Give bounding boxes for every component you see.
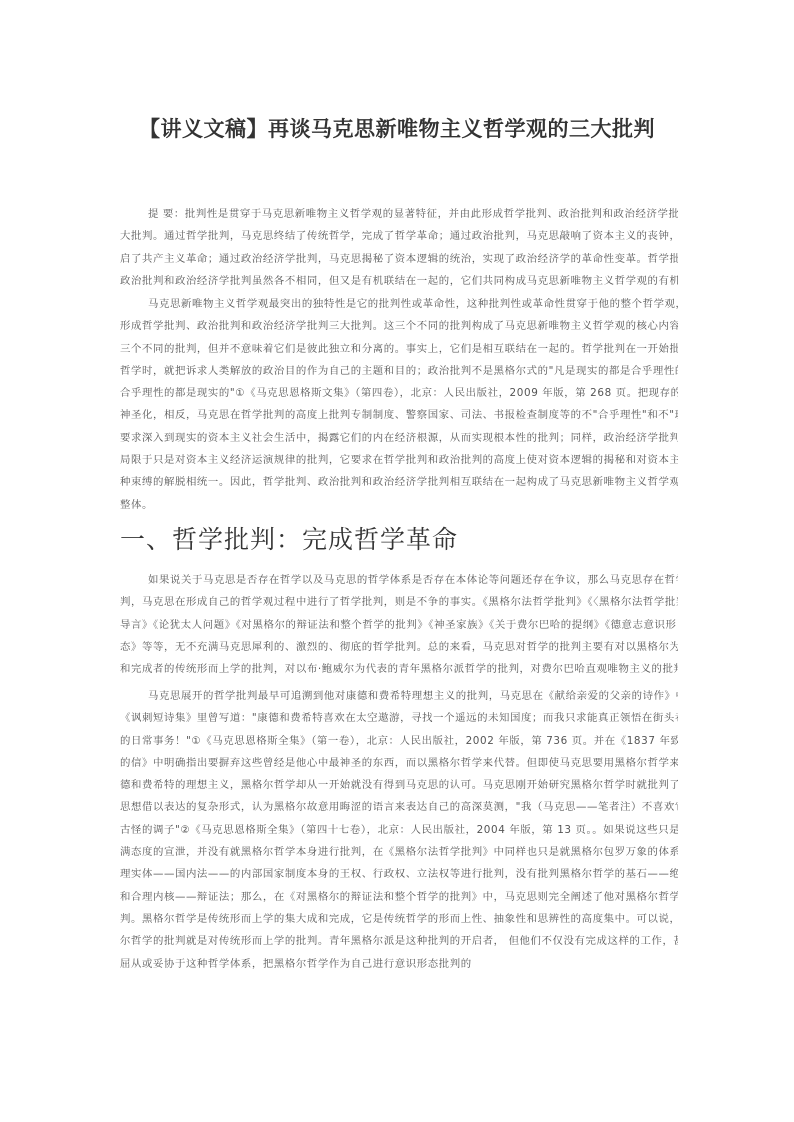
text-line: 大批判。通过哲学批判，马克思终结了传统哲学，完成了哲学革命；通过政治批判，马克思… [120, 225, 678, 247]
text-line: 满态度的宣泄，并没有就黑格尔哲学本身进行批判，在《黑格尔法哲学批判》中同样也只是… [120, 841, 678, 863]
text-line: 古怪的调子"②《马克思恩格斯全集》（第四十七卷），北京：人民出版社，2004 年… [120, 819, 678, 841]
text-line: 马克思展开的哲学批判最早可追溯到他对康德和费希特理想主义的批判，马克思在《献给亲… [120, 685, 678, 707]
section1-paragraph-2: 马克思展开的哲学批判最早可追溯到他对康德和费希特理想主义的批判，马克思在《献给亲… [120, 685, 678, 975]
text-line: 形成哲学批判、政治批判和政治经济学批判三大批判。这三个不同的批判构成了马克思新唯… [120, 315, 678, 337]
intro-paragraph: 马克思新唯物主义哲学观最突出的独特性是它的批判性或革命性，这种批判性或革命性贯穿… [120, 293, 678, 516]
text-line: 马克思新唯物主义哲学观最突出的独特性是它的批判性或革命性，这种批判性或革命性贯穿… [120, 293, 678, 315]
text-line: 尔哲学的批判就是对传统形而上学的批判。青年黑格尔派是这种批判的开启者， 但他们不… [120, 930, 678, 952]
text-line: 要求深入到现实的资本主义社会生活中，揭露它们的内在经济根源，从而实现根本性的批判… [120, 427, 678, 449]
text-line: 判。黑格尔哲学是传统形而上学的集大成和完成，它是传统哲学的形而上性、抽象性和思辨… [120, 908, 678, 930]
section1-paragraph-1: 如果说关于马克思是否存在哲学以及马克思的哲学体系是否存在本体论等问题还存在争议，… [120, 569, 678, 680]
document-title: 【讲义文稿】再谈马克思新唯物主义哲学观的三大批判 [0, 113, 794, 143]
text-line: 屈从或妥协于这种哲学体系，把黑格尔哲学作为自己进行意识形态批判的 [120, 953, 678, 975]
text-line: 的信》中明确指出要摒弃这些曾经是他心中最神圣的东西，而以黑格尔哲学来代替。但即使… [120, 752, 678, 774]
text-line: 政治批判和政治经济学批判虽然各不相同，但又是有机联结在一起的，它们共同构成马克思… [120, 270, 678, 292]
text-line: 局限于只是对资本主义经济运演规律的批判，它要求在哲学批判和政治批判的高度上使对资… [120, 449, 678, 471]
text-line: 和完成者的传统形而上学的批判，对以布·鲍威尔为代表的青年黑格尔派哲学的批判，对费… [120, 658, 678, 680]
text-line: 《讽刺短诗集》里曾写道："康德和费希特喜欢在太空遨游，寻找一个遥远的未知国度；而… [120, 707, 678, 729]
text-line: 理实体——国内法——的内部国家制度本身的王权、行政权、立法权等进行批判，没有批判… [120, 863, 678, 885]
text-line: 思想借以表达的复杂形式，认为黑格尔故意用晦涩的语言来表达自己的高深莫测，"我（马… [120, 796, 678, 818]
text-line: 神圣化，相反，马克思在哲学批判的高度上批判专制制度、警察国家、司法、书报检查制度… [120, 404, 678, 426]
text-line: 合乎理性的都是现实的"①《马克思恩格斯文集》（第四卷），北京：人民出版社，200… [120, 382, 678, 404]
text-line: 导言》《论犹太人问题》《对黑格尔的辩证法和整个哲学的批判》《神圣家族》《关于费尔… [120, 614, 678, 636]
text-line: 整体。 [120, 494, 678, 516]
text-line: 的日常事务！"①《马克思恩格斯全集》（第一卷），北京：人民出版社，2002 年版… [120, 730, 678, 752]
text-line: 提 要：批判性是贯穿于马克思新唯物主义哲学观的显著特征，并由此形成哲学批判、政治… [120, 203, 678, 225]
text-line: 态》等等，无不充满马克思犀利的、激烈的、彻底的哲学批判。总的来看，马克思对哲学的… [120, 636, 678, 658]
text-line: 种束缚的解脱相统一。因此，哲学批判、政治批判和政治经济学批判相互联结在一起构成了… [120, 471, 678, 493]
text-line: 启了共产主义革命；通过政治经济学批判，马克思揭秘了资本逻辑的统治，实现了政治经济… [120, 248, 678, 270]
text-line: 判，马克思在形成自己的哲学观过程中进行了哲学批判，则是不争的事实。《黑格尔法哲学… [120, 591, 678, 613]
text-line: 德和费希特的理想主义，黑格尔哲学却从一开始就没有得到马克思的认可。马克思刚开始研… [120, 774, 678, 796]
document-page: 【讲义文稿】再谈马克思新唯物主义哲学观的三大批判 提 要：批判性是贯穿于马克思新… [0, 0, 794, 1122]
text-line: 如果说关于马克思是否存在哲学以及马克思的哲学体系是否存在本体论等问题还存在争议，… [120, 569, 678, 591]
text-line: 和合理内核——辩证法；那么，在《对黑格尔的辩证法和整个哲学的批判》中，马克思则完… [120, 886, 678, 908]
abstract-paragraph: 提 要：批判性是贯穿于马克思新唯物主义哲学观的显著特征，并由此形成哲学批判、政治… [120, 203, 678, 292]
text-line: 三个不同的批判，但并不意味着它们是彼此独立和分离的。事实上，它们是相互联结在一起… [120, 338, 678, 360]
section-heading: 一、哲学批判：完成哲学革命 [120, 520, 458, 556]
text-line: 哲学时，就把诉求人类解放的政治目的作为自己的主题和目的；政治批判不是黑格尔式的"… [120, 360, 678, 382]
